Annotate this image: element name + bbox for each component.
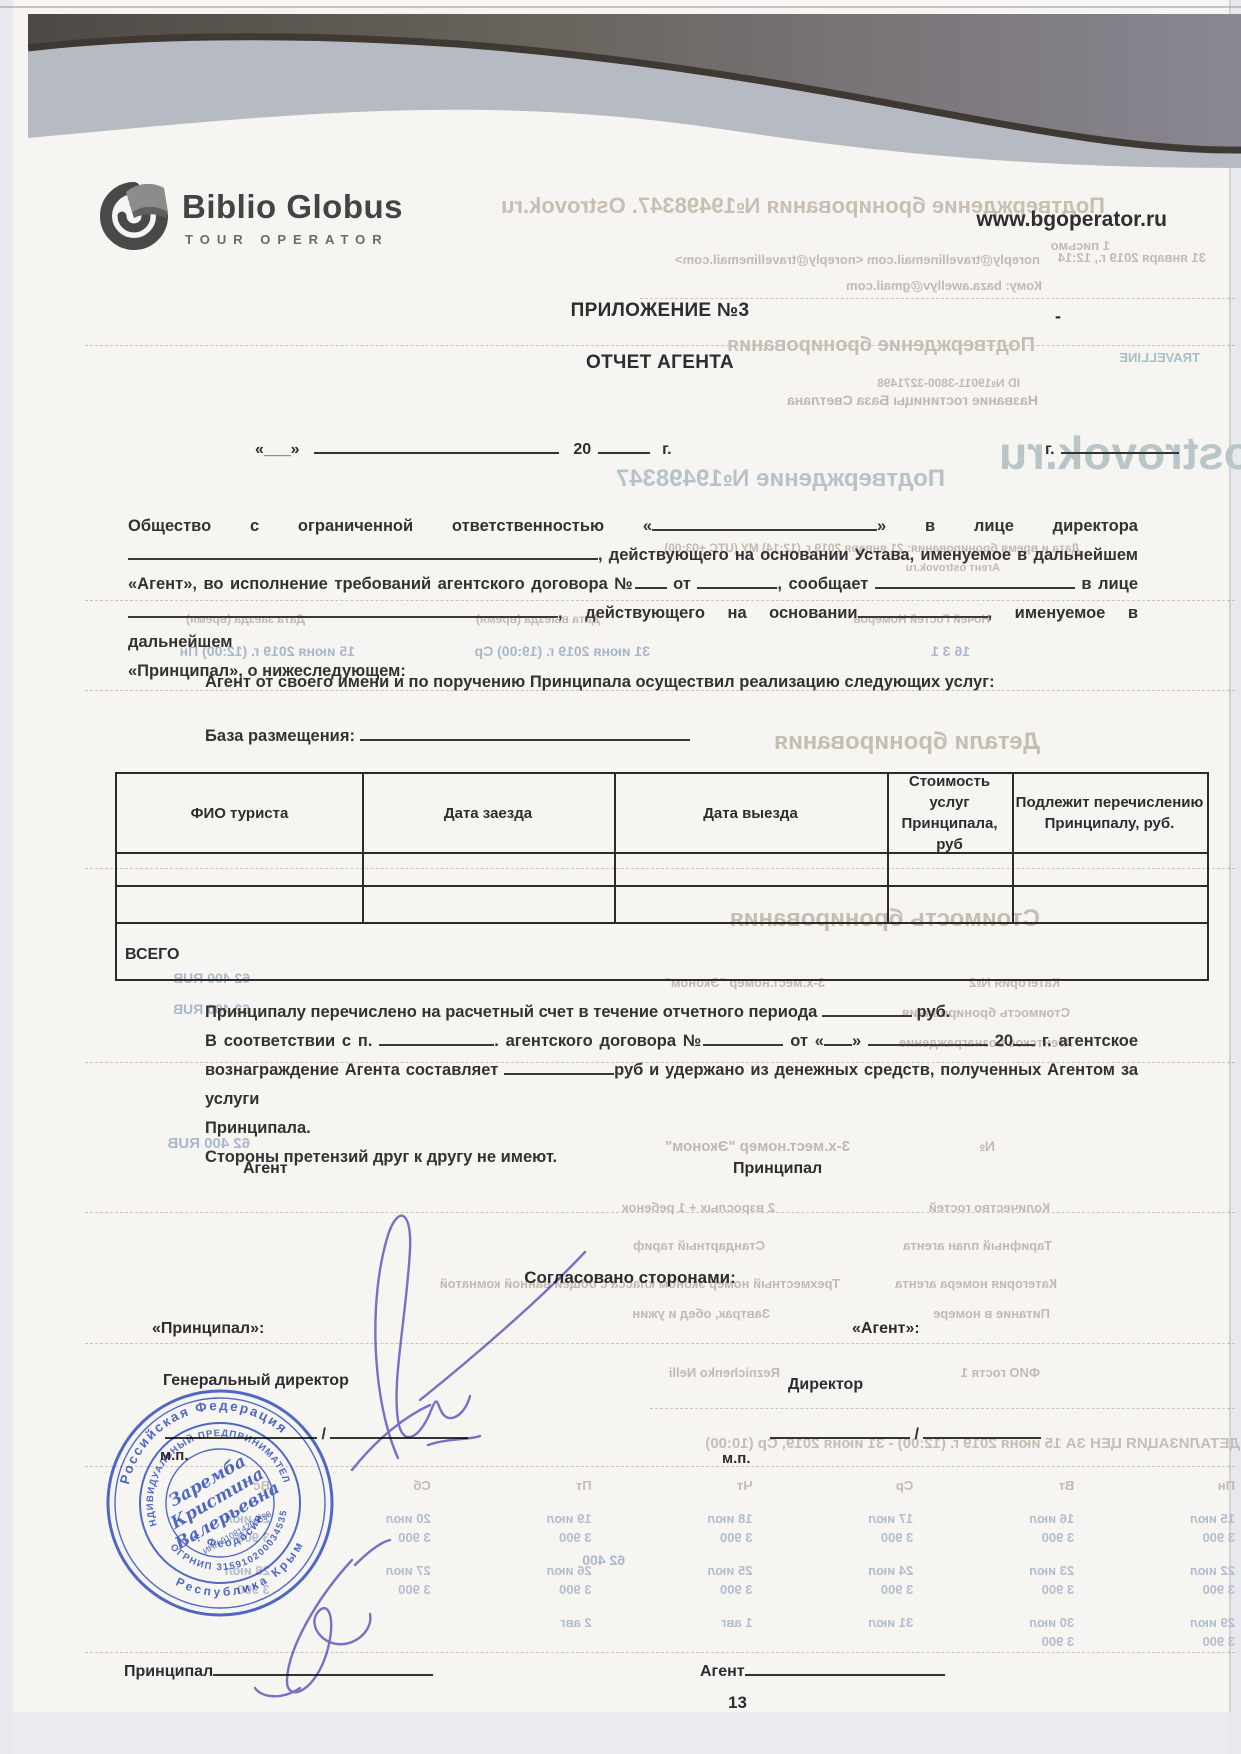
footer-agent-blank [745, 1660, 945, 1676]
bleed-calendar-cell: 26 июл 3 900 [437, 1561, 592, 1599]
date-line: «___» 20 г. [255, 438, 672, 456]
bleed-calendar-cell: 17 июл 3 900 [758, 1509, 913, 1547]
bleed-calendar-cell: 23 июл 3 900 [919, 1561, 1074, 1599]
bleed-text: Стандартный тариф [580, 1238, 765, 1253]
table-vline [1012, 774, 1014, 922]
signature-stroke [255, 1688, 300, 1696]
bleed-text: Тарифный план агента [872, 1238, 1052, 1253]
table-row-divider [117, 885, 1207, 887]
paragraph-text: , действующего на основании Устава, имен… [598, 546, 1138, 564]
blank-underline [858, 603, 988, 618]
bleed-calendar-header: Пт [437, 1476, 592, 1495]
agreed-by-parties-label: Согласовано сторонами: [115, 1268, 1145, 1288]
city-blank [1061, 438, 1179, 454]
paragraph-text: составляет [400, 1061, 504, 1079]
bleed-calendar-cell: 22 июл 3 900 [1080, 1561, 1235, 1599]
paragraph-line: Общество с ограниченной ответственностью… [128, 512, 1138, 541]
paragraph-text: . агентского договора № [494, 1032, 703, 1050]
date-month-blank [314, 438, 559, 454]
bleed-text: 1 письмо [1020, 238, 1110, 253]
settlement-paragraph: Принципалу перечислено на расчетный счет… [205, 998, 1138, 1172]
paragraph-text: » [852, 1032, 868, 1050]
footer-principal-label: Принципал [124, 1663, 213, 1680]
bleed-text: ID №19011-3800-3271498 [845, 376, 1020, 390]
blank-underline [1013, 1031, 1035, 1046]
agent-stamp-place-label: м.п. [722, 1450, 751, 1467]
table-vline [887, 774, 889, 922]
paragraph-line: База размещения: [205, 722, 1140, 751]
blank-underline [875, 574, 1075, 589]
bleed-rule [85, 1343, 1235, 1344]
services-table: ФИО туриста Дата заезда Дата выезда Стои… [115, 772, 1209, 981]
blank-underline [824, 1031, 852, 1046]
page-edge-left [0, 0, 13, 1754]
principal-block-title: «Принципал»: [152, 1320, 264, 1338]
bleed-calendar-cell: 15 июл 3 900 [1080, 1509, 1235, 1547]
footer-principal-blank [213, 1660, 433, 1676]
bleed-rule [85, 1212, 1235, 1213]
biblio-globus-logo-icon [98, 178, 170, 254]
paragraph-text: База размещения: [205, 727, 360, 745]
paragraph-text: Принципала. [205, 1119, 311, 1137]
paragraph-text: Общество с ограниченной ответственностью… [128, 517, 652, 535]
city-line: г. [1045, 438, 1179, 456]
bleed-text: Питание в номере [880, 1306, 1050, 1321]
blank-underline [652, 516, 877, 531]
blank-underline [504, 1060, 614, 1075]
bleed-rule [85, 1652, 1235, 1653]
date-year-prefix: 20 [573, 441, 591, 458]
bleed-calendar-cell: 29 июл 3 900 [1080, 1613, 1235, 1651]
blank-underline [822, 1002, 912, 1017]
bleed-calendar-cell: 16 июл 3 900 [919, 1509, 1074, 1547]
bleed-text: 62 400 [535, 1552, 625, 1568]
bleed-calendar-cell: 19 июл 3 900 [437, 1509, 592, 1547]
paragraph-line: В соответствии с п. . агентского договор… [205, 1027, 1138, 1056]
report-title: ОТЧЕТ АГЕНТА [115, 352, 1205, 374]
bleed-rule [85, 345, 1235, 346]
agent-signature-line: / [770, 1423, 1041, 1441]
paragraph-text: 20 [988, 1032, 1013, 1050]
bleed-text: Завтрак, обед и ужин [570, 1306, 770, 1321]
bleed-rule [650, 1408, 1235, 1409]
paragraph-text: г. агентское [1035, 1032, 1138, 1050]
page-edge-shadow [1229, 0, 1231, 1754]
bleed-text: Reznichenko Nelli [580, 1365, 780, 1380]
agent-block-title: «Агент»: [852, 1320, 920, 1338]
paragraph-text: от [667, 575, 698, 593]
letterhead-wave-banner [28, 10, 1241, 168]
director-label: Директор [788, 1376, 863, 1394]
bleed-calendar-header: Вт [919, 1476, 1074, 1495]
bleed-calendar-header: Ср [758, 1476, 913, 1495]
paragraph-text: , действующего на основании [558, 604, 858, 622]
bleed-calendar-cell: 31 июл [758, 1613, 913, 1651]
paragraph-text: Агента [345, 1061, 400, 1079]
blank-underline [379, 1031, 494, 1046]
footer-agent-label: Агент [700, 1663, 745, 1680]
bleed-calendar-cell: 25 июл 3 900 [598, 1561, 753, 1599]
footer-agent-line: Агент [700, 1660, 945, 1678]
paragraph-line: Стороны претензий друг к другу не имеют. [205, 1143, 1138, 1172]
scanned-document-page: Оксана В <baza.awellyv@gПодтверждение бр… [0, 0, 1241, 1754]
paragraph-line: , действующего на основании Устава, имен… [128, 541, 1138, 570]
paragraph-line: Принципала. [205, 1114, 1138, 1143]
bleed-calendar-cell: 2 авг [437, 1613, 592, 1651]
principal-role-label: Принципал [733, 1160, 822, 1178]
bleed-text: Кому: baza.awellyv@gmail.com [832, 278, 1042, 293]
fullname-blank [923, 1423, 1041, 1439]
paragraph-text: от своего имени и по поручению [251, 673, 530, 691]
appendix-title: ПРИЛОЖЕНИЕ №3 [115, 300, 1205, 322]
bleed-calendar-cell: 30 июл 3 900 [919, 1613, 1074, 1651]
paragraph-text: вознаграждение [205, 1061, 345, 1079]
footer-principal-line: Принципал [124, 1660, 433, 1678]
bleed-text: ФИО гостя 1 [880, 1365, 1040, 1380]
logo-tagline: TOUR OPERATOR [185, 232, 389, 247]
signature-blank [770, 1423, 910, 1439]
blank-underline [635, 574, 667, 589]
paragraph-text: перечислено на расчетный счет в течение … [306, 1003, 822, 1021]
agent-role-label: Агент [243, 1160, 288, 1178]
blank-underline [360, 726, 690, 741]
bleed-calendar-cell: 1 авг [598, 1613, 753, 1651]
page-number: 13 [728, 1693, 747, 1713]
bleed-text: 2 взрослых + 1 ребенок [555, 1200, 775, 1215]
page-edge-top-rule [0, 6, 1241, 8]
paragraph-text: Агент [205, 673, 251, 691]
blank-underline [128, 603, 558, 618]
paragraph-line: «Агент», во исполнение требований агентс… [128, 570, 1138, 599]
paragraph-text: , сообщает [777, 575, 874, 593]
website-url: www.bgoperator.ru [905, 208, 1167, 232]
date-year-blank [598, 438, 650, 454]
col-header-tourist-name: ФИО туриста [117, 774, 362, 852]
bleed-text: Подтверждение №19498347 [575, 465, 945, 493]
bleed-text: 31 января 2019 г., 12:14 [1056, 250, 1206, 265]
col-header-principal-cost: Стоимость услуг Принципала, руб [887, 774, 1012, 852]
realization-line: Агент от своего имени и по поручению При… [205, 668, 1140, 697]
date-day-blank: «___» [255, 441, 300, 458]
signature-stroke [375, 1216, 470, 1458]
bleed-text: Название гостиницы База Светлана [718, 392, 1038, 408]
city-prefix: г. [1045, 441, 1055, 458]
bleed-text: Количество гостей [880, 1200, 1050, 1215]
col-header-transfer-due: Подлежит перечислению Принципалу, руб. [1012, 774, 1207, 852]
table-vline [362, 774, 364, 922]
table-total-label: ВСЕГО [125, 946, 179, 964]
paragraph-text: » в лице директора [877, 517, 1138, 535]
blank-underline [128, 545, 598, 560]
paragraph-text: руб. [912, 1003, 950, 1021]
table-row-divider [117, 922, 1207, 924]
signature-slash: / [914, 1426, 918, 1443]
intro-paragraph: Общество с ограниченной ответственностью… [128, 512, 1138, 686]
paragraph-line: вознаграждение Агента составляет руб и у… [205, 1056, 1138, 1114]
bleed-rule [640, 298, 1235, 299]
blank-underline [703, 1031, 783, 1046]
paragraph-text: Принципалу [205, 1003, 306, 1021]
paragraph-text: , во исполнение требований агентского до… [192, 575, 634, 593]
blank-underline [697, 574, 777, 589]
paragraph-text: «Агент» [128, 575, 192, 593]
table-vline [614, 774, 616, 922]
bleed-calendar-cell: 18 июл 3 900 [598, 1509, 753, 1547]
logo-wordmark: Biblio Globus [182, 188, 403, 226]
page-edge-right [1231, 0, 1241, 1754]
paragraph-text: в лице [1075, 575, 1138, 593]
accommodation-base-line: База размещения: [205, 722, 1140, 751]
page-edge-bottom [0, 1712, 1241, 1754]
fullname-blank [330, 1423, 468, 1439]
round-ink-stamp: Российская Федерация Республика Крым ИНД… [95, 1378, 345, 1628]
paragraph-line: Агент от своего имени и по поручению При… [205, 668, 1140, 697]
date-year-suffix: г. [662, 441, 672, 458]
stray-mark: - [1055, 306, 1061, 327]
paragraph-text: от « [783, 1032, 824, 1050]
bleed-calendar-cell: 24 июл 3 900 [758, 1561, 913, 1599]
paragraph-line: Принципалу перечислено на расчетный счет… [205, 998, 1138, 1027]
blank-underline [868, 1031, 988, 1046]
signature-stroke [355, 1540, 390, 1565]
bleed-text: noreply@travellinemail.com <noreply@trav… [690, 252, 1040, 267]
col-header-checkin-date: Дата заезда [362, 774, 614, 852]
bleed-calendar-header: Пн [1080, 1476, 1235, 1495]
paragraph-text: Принципала [530, 673, 631, 691]
bleed-calendar-header: Чт [598, 1476, 753, 1495]
col-header-checkout-date: Дата выезда [614, 774, 887, 852]
paragraph-text: В соответствии с п. [205, 1032, 379, 1050]
paragraph-line: , действующего на основании, именуемое в… [128, 599, 1138, 657]
paragraph-text: осуществил реализацию следующих услуг: [631, 673, 995, 691]
